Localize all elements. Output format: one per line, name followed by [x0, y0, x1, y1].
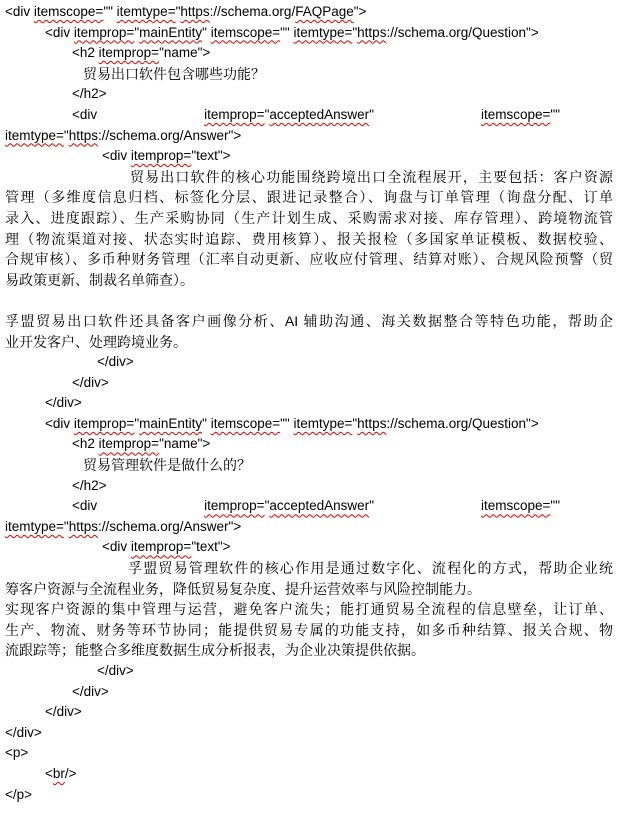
code-chunk: itemprop="acceptedAnswer"	[204, 496, 374, 517]
code-text: 业开发客户、处理跨境业务。	[5, 334, 187, 350]
html-code-line: <p>	[5, 743, 618, 764]
spellcheck-flagged-token: https	[69, 128, 98, 143]
answer-text: 录入、进度跟踪）、生产采购协同（生产计划生成、采购需求对接、库存管理）、跨境物流…	[5, 208, 613, 229]
html-code-line: <h2 itemprop="name">	[72, 434, 618, 455]
spellcheck-flagged-token: itemtype=	[5, 519, 64, 534]
code-text: </h2>	[72, 86, 107, 101]
spellcheck-flagged-token: itemscope=	[211, 416, 280, 431]
spellcheck-flagged-token: itemscope=	[481, 498, 550, 513]
spellcheck-flagged-token: itemprop=	[131, 148, 191, 163]
html-code-line: <divitemprop="acceptedAnswer"itemscope="…	[72, 496, 560, 517]
html-code-line: </div>	[97, 352, 618, 373]
spellcheck-flagged-token: itemprop=	[131, 539, 191, 554]
html-code-line: <div itemprop="mainEntity" itemscope="" …	[45, 414, 618, 435]
code-text: ""	[103, 4, 116, 19]
code-text: 筹客户资源与全流程业务，降低贸易复杂度、提升运营效率与风险控制能力。	[5, 581, 481, 597]
question-text: 贸易管理软件是做什么的？	[83, 455, 618, 476]
answer-text: 流跟踪等；能整合多维度数据生成分析报表，为企业决策提供依据。	[5, 640, 618, 661]
spellcheck-flagged-token: https	[357, 416, 386, 431]
code-text: "	[202, 25, 211, 40]
html-code-line: </div>	[45, 702, 618, 723]
html-code-line: </div>	[72, 373, 618, 394]
code-text: "	[202, 416, 211, 431]
html-code-line: <div itemscope="" itemtype="https://sche…	[5, 2, 618, 23]
answer-text: 生产、物流、财务等环节协同；能提供贸易专属的功能支持，如多币种结算、报关合规、物	[5, 620, 613, 641]
spellcheck-flagged-token: https	[69, 519, 98, 534]
code-text: ">	[354, 4, 367, 19]
code-text: </h2>	[72, 478, 107, 493]
code-chunk: <div	[72, 105, 97, 126]
code-text: <div	[5, 4, 34, 19]
code-text: 易政策更新、制裁名单筛查）。	[5, 272, 194, 288]
code-text: <div	[45, 416, 74, 431]
code-text: 孚盟贸易管理软件的核心作用是通过数字化、流程化的方式，帮助企业统	[128, 560, 613, 576]
spellcheck-flagged-token: itemprop=	[74, 25, 134, 40]
spellcheck-flagged-token: https	[180, 4, 209, 19]
code-text: <div	[45, 25, 74, 40]
html-code-line: <divitemprop="acceptedAnswer"itemscope="…	[72, 105, 560, 126]
html-code-line: </div>	[5, 723, 618, 744]
html-code-line: </p>	[5, 785, 618, 806]
code-text: />	[65, 766, 77, 781]
html-code-line: <h2 itemprop="name">	[72, 43, 618, 64]
html-code-line: </div>	[97, 661, 618, 682]
spellcheck-flagged-token: itemscope=	[211, 25, 280, 40]
code-text: <h2	[72, 436, 99, 451]
html-code-line: <br/>	[45, 764, 618, 785]
code-text: </p>	[5, 787, 32, 802]
code-text: "	[369, 107, 374, 122]
code-text: 孚盟贸易出口软件还具备客户画像分析、AI 辅助沟通、海关数据整合等特色功能，帮助…	[5, 313, 613, 329]
code-text: </div>	[97, 354, 134, 369]
answer-text: 孚盟贸易管理软件的核心作用是通过数字化、流程化的方式，帮助企业统	[128, 558, 613, 579]
code-text: <	[45, 766, 53, 781]
code-text: </div>	[97, 663, 134, 678]
spellcheck-flagged-token: itemprop=	[204, 498, 264, 513]
spellcheck-flagged-token: acceptedAnswer	[269, 498, 369, 513]
answer-text: 贸易出口软件的核心功能围绕跨境出口全流程展开，主要包括：客户资源	[130, 167, 613, 188]
spellcheck-flagged-token: itemscope=	[34, 4, 103, 19]
code-text: 管理（多维度信息归档、标签化分层、跟进记录整合）、询盘与订单管理（询盘分配、订单	[5, 189, 613, 205]
code-text: ://schema.org/Question">	[386, 416, 538, 431]
code-text: <div	[102, 148, 131, 163]
answer-text: 实现客户资源的集中管理与运营，避免客户流失；能打通贸易全流程的信息壁垒，让订单、	[5, 599, 613, 620]
html-code-line: </h2>	[72, 476, 618, 497]
spellcheck-flagged-token: itemtype=	[5, 128, 64, 143]
code-text: <p>	[5, 745, 28, 760]
code-text: ://schema.org/Answer">	[98, 128, 241, 143]
code-chunk: itemprop="acceptedAnswer"	[204, 105, 374, 126]
code-text: ://schema.org/	[210, 4, 296, 19]
html-code-line: <div itemprop="text">	[102, 537, 618, 558]
code-text: </div>	[45, 395, 82, 410]
html-code-line: </div>	[72, 682, 618, 703]
code-text: ""	[550, 498, 560, 513]
answer-text: 业开发客户、处理跨境业务。	[5, 332, 618, 353]
code-text: <div	[72, 107, 97, 122]
code-text: ""	[280, 416, 293, 431]
code-text: "	[369, 498, 374, 513]
code-text: </div>	[72, 375, 109, 390]
code-text: 生产、物流、财务等环节协同；能提供贸易专属的功能支持，如多币种结算、报关合规、物	[5, 622, 613, 638]
spellcheck-flagged-token: itemtype=	[117, 4, 176, 19]
code-text: <h2	[72, 45, 99, 60]
blank-line	[5, 290, 618, 311]
code-text: ""	[280, 25, 293, 40]
code-chunk: <div	[72, 496, 97, 517]
code-chunk: itemscope=""	[481, 496, 560, 517]
question-text: 贸易出口软件包含哪些功能？	[83, 64, 618, 85]
code-chunk: itemscope=""	[481, 105, 560, 126]
document-page: <div itemscope="" itemtype="https://sche…	[0, 0, 618, 822]
spellcheck-flagged-token: itemprop=	[74, 416, 134, 431]
html-code-line: </div>	[45, 393, 618, 414]
answer-text: 管理（多维度信息归档、标签化分层、跟进记录整合）、询盘与订单管理（询盘分配、订单	[5, 187, 613, 208]
html-code-line: itemtype="https://schema.org/Answer">	[5, 517, 618, 538]
spellcheck-flagged-token: br	[53, 766, 65, 781]
code-text: <div	[102, 539, 131, 554]
spellcheck-flagged-token: itemtype=	[293, 25, 352, 40]
answer-text: 易政策更新、制裁名单筛查）。	[5, 270, 618, 291]
code-text: "name">	[159, 436, 210, 451]
spellcheck-flagged-token: https	[357, 25, 386, 40]
answer-text: 理（物流渠道对接、状态实时追踪、费用核算）、报关报检（多国家单证模板、数据校验、	[5, 229, 613, 250]
answer-text: 孚盟贸易出口软件还具备客户画像分析、AI 辅助沟通、海关数据整合等特色功能，帮助…	[5, 311, 613, 332]
spellcheck-flagged-token: itemprop=	[99, 436, 159, 451]
code-text: 流跟踪等；能整合多维度数据生成分析报表，为企业决策提供依据。	[5, 642, 425, 658]
html-code-line: <div itemprop="text">	[102, 146, 618, 167]
spellcheck-flagged-token: FAQPage	[295, 4, 354, 19]
code-text: 合规审核）、多币种财务管理（汇率自动更新、应收应付管理、结算对账）、合规风险预警…	[5, 251, 613, 267]
answer-text: 筹客户资源与全流程业务，降低贸易复杂度、提升运营效率与风险控制能力。	[5, 579, 618, 600]
code-text: 贸易出口软件的核心功能围绕跨境出口全流程展开，主要包括：客户资源	[130, 169, 613, 185]
code-text: </div>	[72, 684, 109, 699]
spellcheck-flagged-token: acceptedAnswer	[269, 107, 369, 122]
html-code-line: itemtype="https://schema.org/Answer">	[5, 126, 618, 147]
code-text: ://schema.org/Answer">	[98, 519, 241, 534]
spellcheck-flagged-token: mainEntity	[139, 416, 202, 431]
code-text: 录入、进度跟踪）、生产采购协同（生产计划生成、采购需求对接、库存管理）、跨境物流…	[5, 210, 613, 226]
code-text: "name">	[159, 45, 210, 60]
spellcheck-flagged-token: itemprop=	[204, 107, 264, 122]
code-text: 贸易出口软件包含哪些功能？	[83, 66, 265, 82]
spellcheck-flagged-token: mainEntity	[139, 25, 202, 40]
code-text: "text">	[191, 148, 230, 163]
code-text: <div	[72, 498, 97, 513]
spellcheck-flagged-token: itemtype=	[293, 416, 352, 431]
code-text: </div>	[45, 704, 82, 719]
code-text: ://schema.org/Question">	[386, 25, 538, 40]
answer-text: 合规审核）、多币种财务管理（汇率自动更新、应收应付管理、结算对账）、合规风险预警…	[5, 249, 613, 270]
html-code-line: </h2>	[72, 84, 618, 105]
spellcheck-flagged-token: itemprop=	[99, 45, 159, 60]
html-code-line: <div itemprop="mainEntity" itemscope="" …	[45, 23, 618, 44]
code-text: 贸易管理软件是做什么的？	[83, 457, 251, 473]
code-text: 理（物流渠道对接、状态实时追踪、费用核算）、报关报检（多国家单证模板、数据校验、	[5, 231, 613, 247]
code-text: "text">	[191, 539, 230, 554]
spellcheck-flagged-token: itemscope=	[481, 107, 550, 122]
code-text: 实现客户资源的集中管理与运营，避免客户流失；能打通贸易全流程的信息壁垒，让订单、	[5, 601, 613, 617]
code-text: ""	[550, 107, 560, 122]
code-text: </div>	[5, 725, 42, 740]
